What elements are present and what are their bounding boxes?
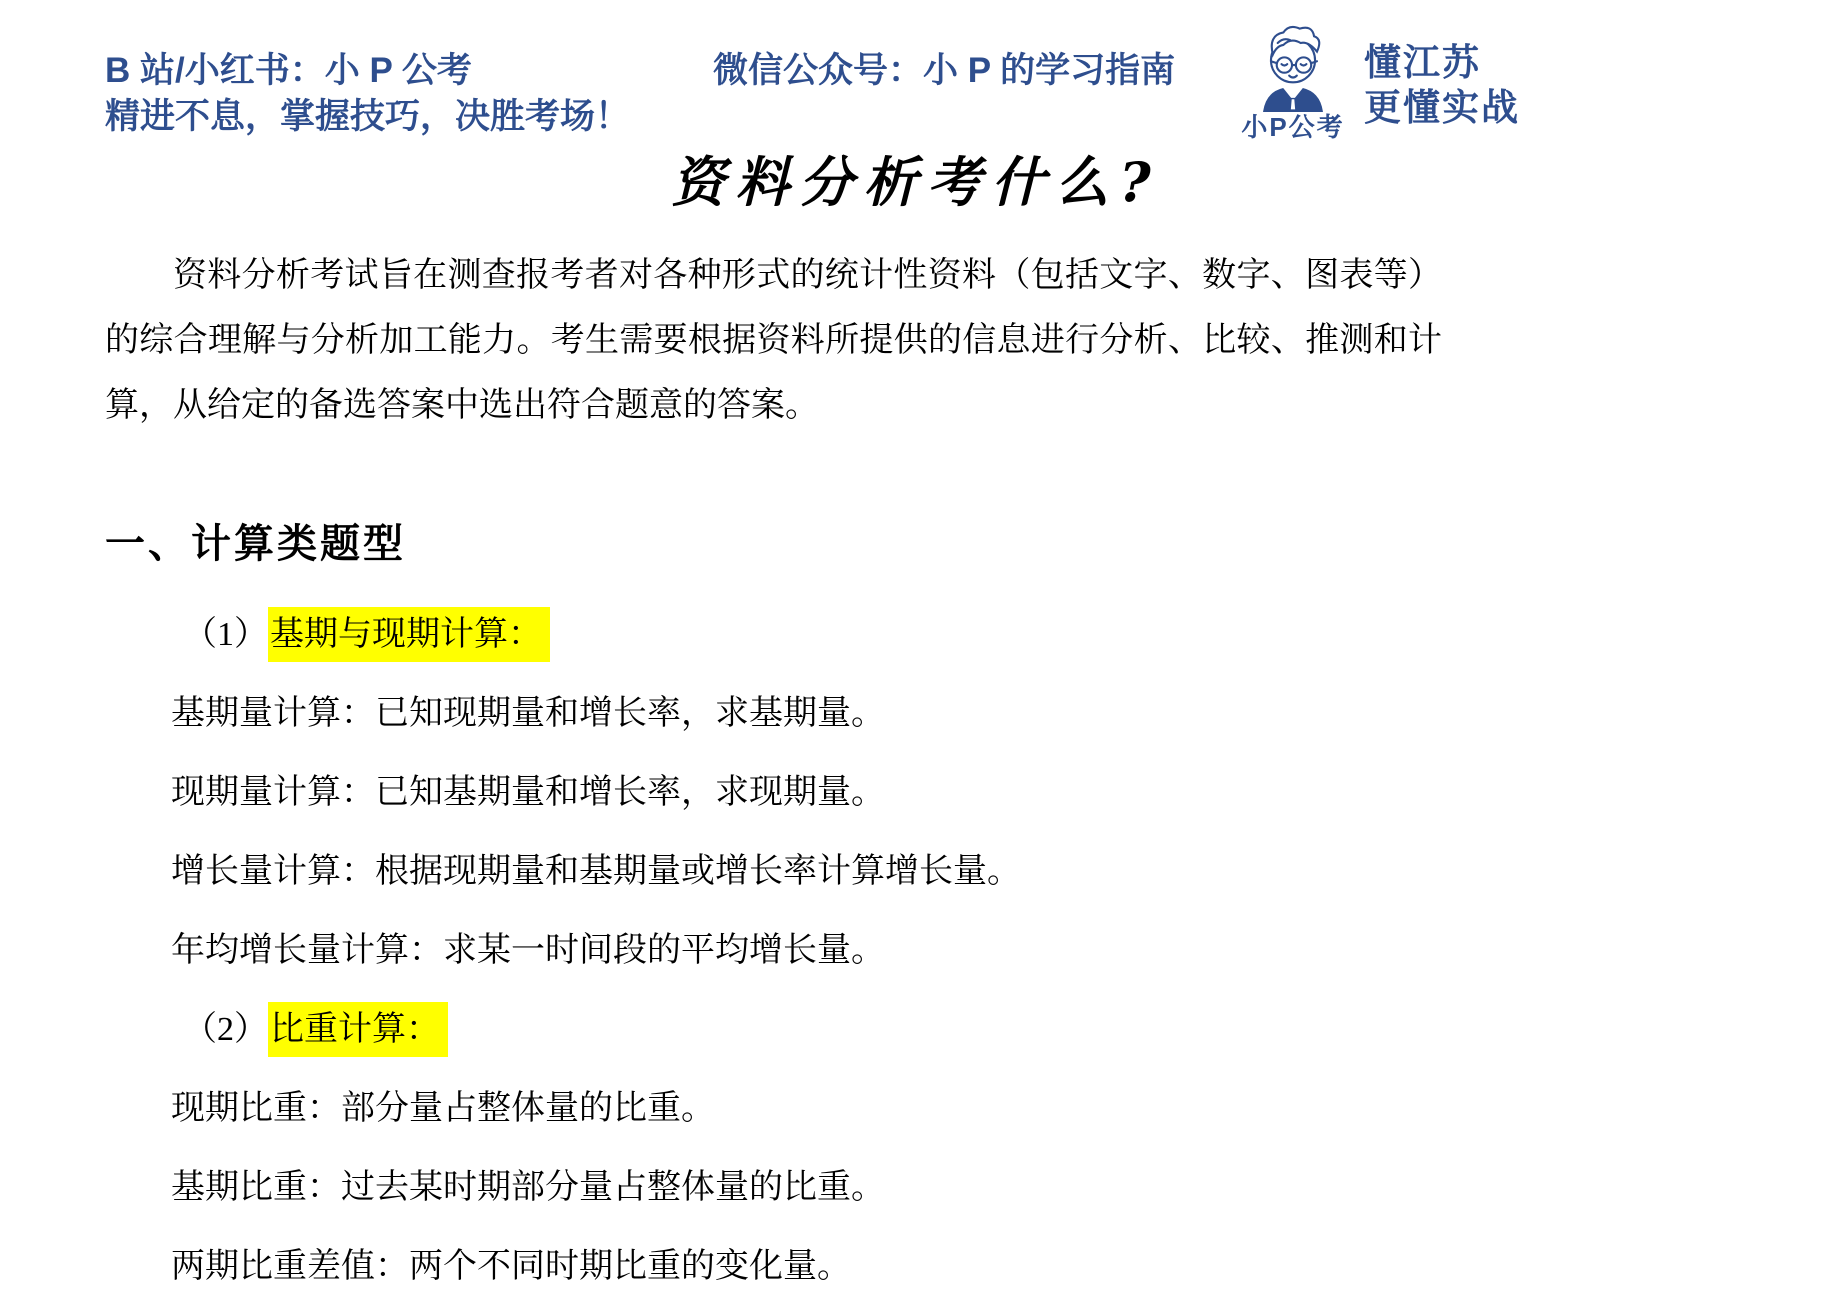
list-item: 两期比重差值：两个不同时期比重的变化量。 <box>105 1227 1505 1304</box>
brand-logo: 小P公考 懂江苏 更懂实战 <box>1232 20 1520 144</box>
intro-line-1: 资料分析考试旨在测查报考者对各种形式的统计性资料（包括文字、数字、图表等） <box>105 243 1442 308</box>
document-page: B 站/小红书：小 P 公考 精进不息，掌握技巧，决胜考场！ 微信公众号：小 P… <box>0 0 1832 1304</box>
item-prefix: （2） <box>183 1011 268 1048</box>
list-item: 基期比重：过去某时期部分量占整体量的比重。 <box>105 1148 1505 1227</box>
header-social-line: B 站/小红书：小 P 公考 <box>105 48 472 94</box>
mascot-icon <box>1245 20 1341 112</box>
header-wechat-line: 微信公众号：小 P 的学习指南 <box>713 48 1175 94</box>
logo-slogan: 懂江苏 更懂实战 <box>1364 20 1520 144</box>
list-item: 现期比重：部分量占整体量的比重。 <box>105 1069 1505 1148</box>
list-item: 年均增长量计算：求某一时间段的平均增长量。 <box>105 911 1505 990</box>
intro-line-2: 的综合理解与分析加工能力。考生需要根据资料所提供的信息进行分析、比较、推测和计 <box>105 308 1442 373</box>
intro-paragraph: 资料分析考试旨在测查报考者对各种形式的统计性资料（包括文字、数字、图表等） 的综… <box>105 243 1442 438</box>
list-item: 增长量计算：根据现期量和基期量或增长率计算增长量。 <box>105 832 1505 911</box>
page-title: 资料分析考什么? <box>0 140 1832 217</box>
calc-type-list: （1）基期与现期计算： 基期量计算：已知现期量和增长率，求基期量。 现期量计算：… <box>105 595 1505 1304</box>
item-prefix: （1） <box>183 616 268 653</box>
slogan-line1: 懂江苏 <box>1364 40 1520 85</box>
header-motto-line: 精进不息，掌握技巧，决胜考场！ <box>105 94 630 140</box>
list-item: 现期量计算：已知基期量和增长率，求现期量。 <box>105 753 1505 832</box>
logo-name: 小P公考 <box>1232 107 1354 144</box>
highlighted-text: 比重计算： <box>268 1002 448 1057</box>
slogan-line2: 更懂实战 <box>1364 85 1520 130</box>
list-item-sub1: （1）基期与现期计算： <box>105 595 1505 674</box>
list-item: 基期量计算：已知现期量和增长率，求基期量。 <box>105 674 1505 753</box>
section-heading: 一、计算类题型 <box>105 512 406 569</box>
list-item-sub2: （2）比重计算： <box>105 990 1505 1069</box>
intro-line-3: 算，从给定的备选答案中选出符合题意的答案。 <box>105 373 1442 438</box>
logo-mascot-block: 小P公考 <box>1232 20 1354 144</box>
highlighted-text: 基期与现期计算： <box>268 607 550 662</box>
